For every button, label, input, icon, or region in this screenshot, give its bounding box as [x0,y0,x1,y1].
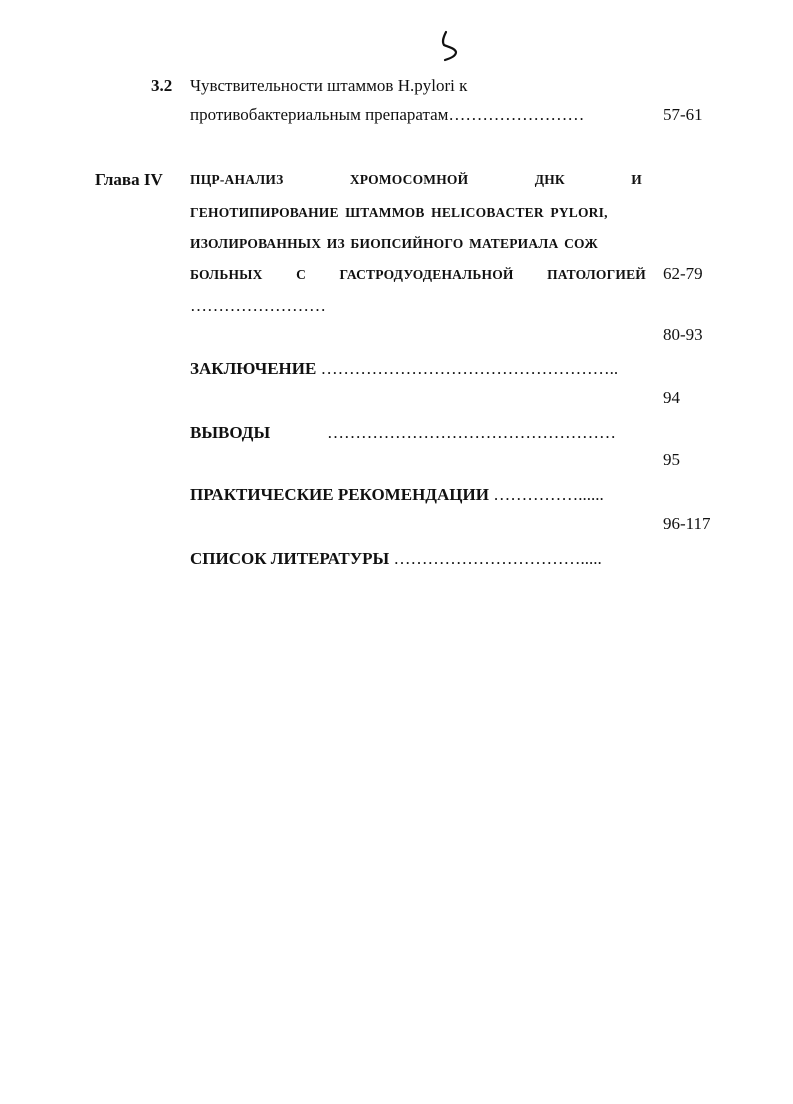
chapter-word: ДНК [535,170,565,190]
conclusion-title: ЗАКЛЮЧЕНИЕ [190,359,316,378]
findings-leader-dots: …………………………………………… [327,423,616,443]
chapter-label: Глава IV [95,170,163,190]
findings-title: ВЫВОДЫ [190,423,270,443]
chapter-word: ПАТОЛОГИЕЙ [547,265,646,285]
section-pages: 57-61 [663,105,703,125]
handwritten-page-number-mark [435,28,465,64]
references-leader-dots: ……………………………..... [394,549,602,568]
chapter-word: И [631,170,642,190]
findings-pages: 94 [663,388,680,408]
chapter-title-line-2: ГЕНОТИПИРОВАНИЕ ШТАММОВ HELICOBACTER PYL… [190,203,608,223]
recommendations-leader-dots: ……………...... [493,485,604,504]
section-title-line-1: Чувствительности штаммов H.pylori к [190,76,467,96]
chapter-leader-dots: …………………… [190,296,326,316]
conclusion-pages: 80-93 [663,325,703,345]
chapter-title-line-4: БОЛЬНЫХ С ГАСТРОДУОДЕНАЛЬНОЙ ПАТОЛОГИЕЙ [190,265,646,285]
chapter-word: БОЛЬНЫХ [190,265,263,285]
chapter-word: ПЦР-АНАЛИЗ [190,170,283,190]
references-title: СПИСОК ЛИТЕРАТУРЫ [190,549,389,568]
chapter-word: С [296,265,306,285]
chapter-pages: 62-79 [663,264,703,284]
section-number: 3.2 [151,76,172,96]
chapter-title-line-3: ИЗОЛИРОВАННЫХ ИЗ БИОПСИЙНОГО МАТЕРИАЛА С… [190,234,598,254]
chapter-word: ХРОМОСОМНОЙ [350,170,469,190]
conclusion-entry: ЗАКЛЮЧЕНИЕ …………………………………………….. [190,359,618,379]
recommendations-title: ПРАКТИЧЕСКИЕ РЕКОМЕНДАЦИИ [190,485,489,504]
references-pages: 96-117 [663,514,711,534]
section-title-line-2: противобактериальным препаратам…………………… [190,105,584,125]
references-entry: СПИСОК ЛИТЕРАТУРЫ ……………………………..... [190,549,602,569]
recommendations-entry: ПРАКТИЧЕСКИЕ РЕКОМЕНДАЦИИ ……………...... [190,485,604,505]
chapter-word: ГАСТРОДУОДЕНАЛЬНОЙ [340,265,514,285]
chapter-title-line-1: ПЦР-АНАЛИЗ ХРОМОСОМНОЙ ДНК И [190,170,642,190]
conclusion-leader-dots: …………………………………………….. [321,359,619,378]
recommendations-pages: 95 [663,450,680,470]
